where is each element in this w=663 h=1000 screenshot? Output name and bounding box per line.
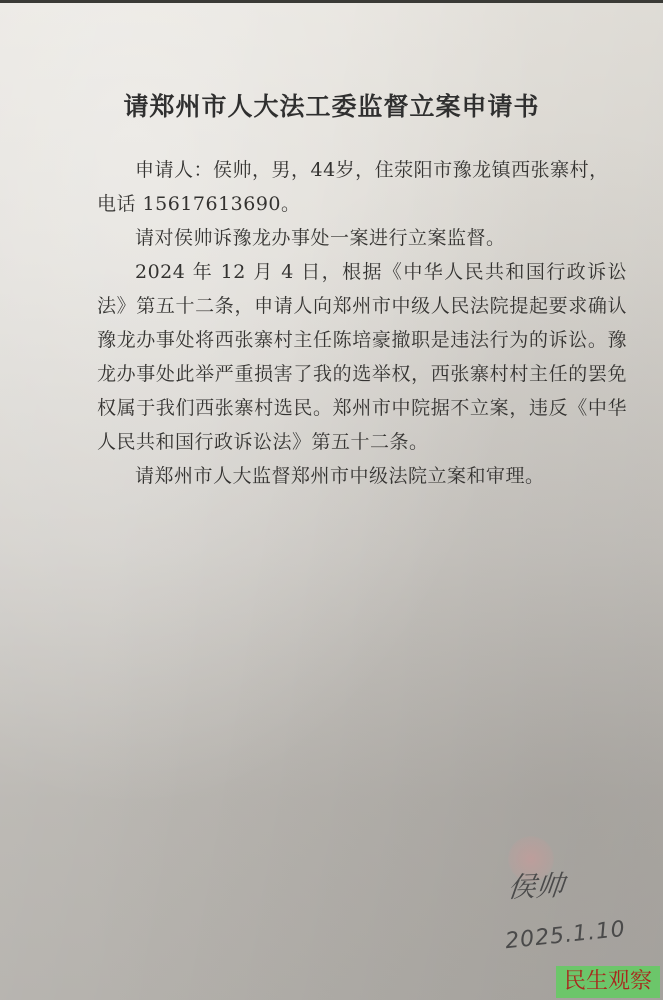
handwritten-signature: 侯帅: [506, 864, 566, 906]
document-body: 申请人：侯帅，男，44岁，住荥阳市豫龙镇西张寨村， 电话 15617613690…: [97, 153, 627, 493]
watermark-badge: 民生观察: [556, 966, 660, 998]
document-paper: 请郑州市人大法工委监督立案申请书 申请人：侯帅，男，44岁，住荥阳市豫龙镇西张寨…: [0, 3, 663, 1000]
request-statement: 请对侯帅诉豫龙办事处一案进行立案监督。: [97, 221, 627, 255]
applicant-phone: 电话 15617613690。: [97, 187, 627, 221]
case-facts: 2024 年 12 月 4 日，根据《中华人民共和国行政诉讼法》第五十二条，申请…: [97, 255, 627, 459]
handwritten-date: 2025.1.10: [504, 917, 627, 955]
document-title: 请郑州市人大法工委监督立案申请书: [0, 87, 663, 123]
applicant-info: 申请人：侯帅，男，44岁，住荥阳市豫龙镇西张寨村，: [97, 153, 627, 187]
closing-request: 请郑州市人大监督郑州市中级法院立案和审理。: [97, 459, 627, 493]
